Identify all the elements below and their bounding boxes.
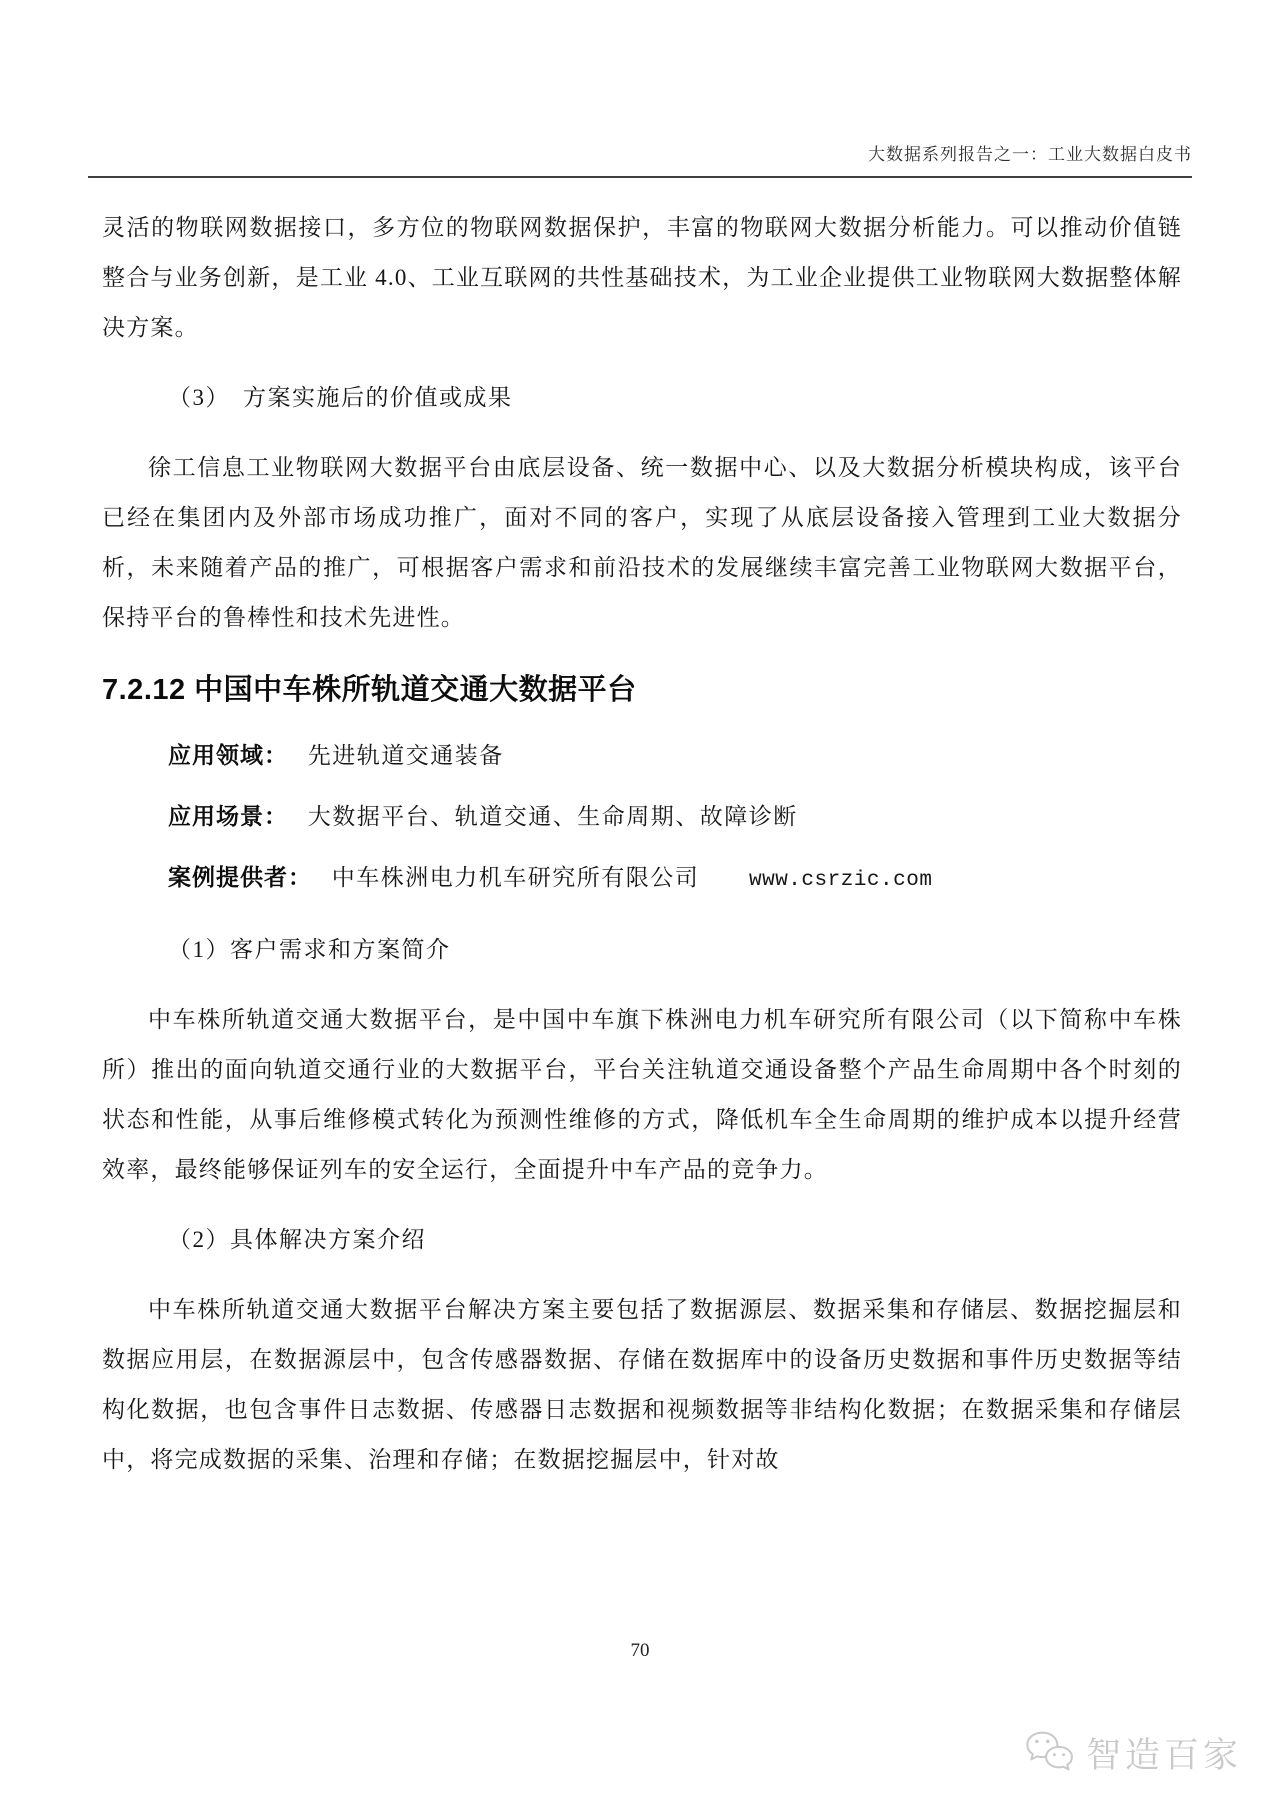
paragraph-crrc-platform-intro: 中车株所轨道交通大数据平台，是中国中车旗下株洲电力机车研究所有限公司（以下简称中… xyxy=(102,995,1182,1195)
field-label-application-domain: 应用领域： xyxy=(168,742,288,768)
field-value-application-domain: 先进轨道交通装备 xyxy=(308,743,504,768)
paragraph-iot-capabilities: 灵活的物联网数据接口，多方位的物联网数据保护，丰富的物联网大数据分析能力。可以推… xyxy=(102,203,1182,353)
page-number: 70 xyxy=(0,1640,1280,1662)
field-application-scenario: 应用场景： 大数据平台、轨道交通、生命周期、故障诊断 xyxy=(102,800,1182,833)
item-heading-2: （2）具体解决方案介绍 xyxy=(102,1215,1182,1265)
field-case-provider: 案例提供者： 中车株洲电力机车研究所有限公司 www.csrzic.com xyxy=(102,861,1182,897)
watermark: 智造百家 xyxy=(1024,1728,1242,1778)
item-heading-1: （1）客户需求和方案简介 xyxy=(102,925,1182,975)
paragraph-crrc-solution-layers: 中车株所轨道交通大数据平台解决方案主要包括了数据源层、数据采集和存储层、数据挖掘… xyxy=(102,1285,1182,1485)
field-value-case-provider: 中车株洲电力机车研究所有限公司 xyxy=(332,865,700,890)
paragraph-xugong-platform: 徐工信息工业物联网大数据平台由底层设备、统一数据中心、以及大数据分析模块构成，该… xyxy=(102,443,1182,643)
field-value-application-scenario: 大数据平台、轨道交通、生命周期、故障诊断 xyxy=(308,804,798,829)
document-page: 大数据系列报告之一：工业大数据白皮书 灵活的物联网数据接口，多方位的物联网数据保… xyxy=(0,0,1280,1809)
field-application-domain: 应用领域： 先进轨道交通装备 xyxy=(102,739,1182,772)
section-heading-7-2-12: 7.2.12 中国中车株所轨道交通大数据平台 xyxy=(102,669,1182,711)
wechat-chat-bubbles-icon xyxy=(1024,1729,1074,1778)
item-heading-3: （3） 方案实施后的价值或成果 xyxy=(102,373,1182,423)
case-provider-website: www.csrzic.com xyxy=(749,869,932,892)
header-title: 大数据系列报告之一：工业大数据白皮书 xyxy=(868,145,1192,164)
page-header: 大数据系列报告之一：工业大数据白皮书 xyxy=(88,140,1192,178)
field-label-application-scenario: 应用场景： xyxy=(168,803,288,829)
field-label-case-provider: 案例提供者： xyxy=(168,864,312,890)
page-body: 灵活的物联网数据接口，多方位的物联网数据保护，丰富的物联网大数据分析能力。可以推… xyxy=(102,203,1182,1485)
watermark-text: 智造百家 xyxy=(1086,1728,1242,1778)
